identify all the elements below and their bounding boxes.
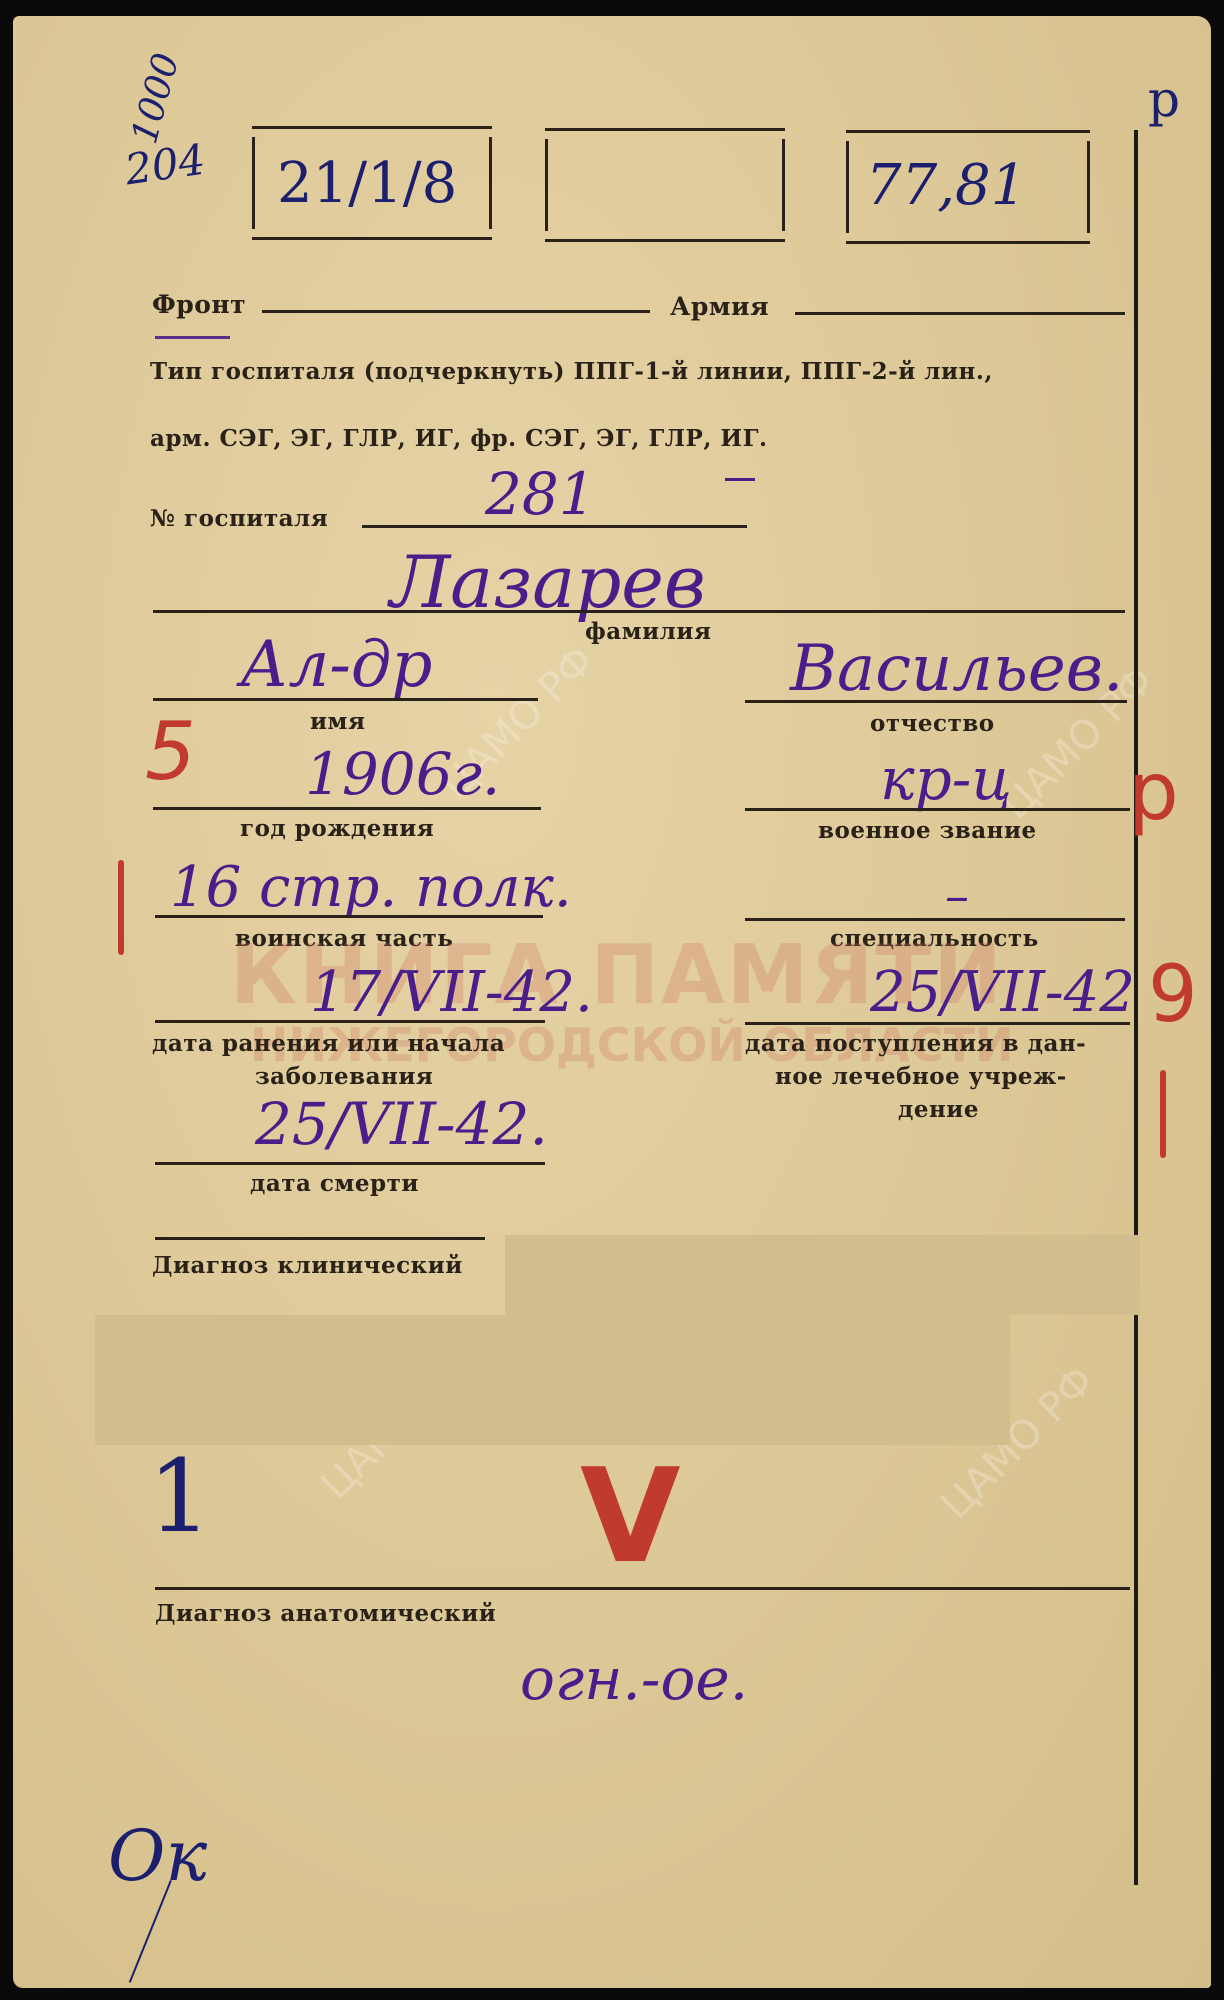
red-mark-p: р <box>1128 745 1179 838</box>
red-check-mark: V <box>580 1440 681 1592</box>
patronymic-label: отчество <box>870 710 995 737</box>
admission-date-label-3: дение <box>898 1096 979 1123</box>
wound-date-label-2: заболевания <box>255 1063 433 1090</box>
hospital-no-dash <box>725 478 755 481</box>
hospital-no-label: № госпиталя <box>150 505 328 532</box>
header-box-1-value: 21/1/8 <box>277 151 457 216</box>
redacted-clinical-diagnosis-block <box>95 1315 1010 1445</box>
rank-value: кр-ц <box>880 745 1012 813</box>
death-date-line <box>155 1162 545 1165</box>
death-date-label: дата смерти <box>250 1170 419 1197</box>
redacted-clinical-diagnosis <box>505 1235 1140 1315</box>
patronymic-line <box>745 700 1127 703</box>
name-value: Ал-др <box>240 628 432 702</box>
surname-line <box>153 610 1125 613</box>
name-label: имя <box>310 708 366 735</box>
red-mark-5: 5 <box>145 705 196 798</box>
patronymic-value: Васильев. <box>790 632 1123 706</box>
wound-date-label-1: дата ранения или начала <box>152 1030 505 1057</box>
birth-year-label: год рождения <box>240 815 434 842</box>
unit-line <box>155 915 543 918</box>
wound-date-value: 17/VII-42. <box>310 960 593 1025</box>
hospital-type-line-1: Тип госпиталя (подчеркнуть) ППГ-1-й лини… <box>150 358 993 385</box>
hospital-no-value: 281 <box>485 460 596 528</box>
birth-year-value: 1906г. <box>305 740 500 808</box>
clinical-dx-label: Диагноз клинический <box>152 1252 463 1279</box>
header-box-2 <box>545 128 785 242</box>
anatomical-dx-label: Диагноз анатомический <box>155 1600 496 1627</box>
rank-label: военное звание <box>818 817 1037 844</box>
blue-mark-1: 1 <box>148 1438 212 1555</box>
army-line <box>795 312 1125 315</box>
header-box-1: 21/1/8 <box>252 126 492 240</box>
birth-year-line <box>153 807 541 810</box>
header-box-3: 77,81 <box>846 130 1090 244</box>
admission-date-value: 25/VII-42 <box>870 960 1135 1025</box>
surname-label: фамилия <box>585 618 711 645</box>
unit-value: 16 стр. полк. <box>170 855 572 920</box>
front-line <box>262 310 650 313</box>
red-mark-9: 9 <box>1148 950 1198 1040</box>
specialty-line <box>745 918 1125 921</box>
corner-mark: р <box>1148 70 1180 128</box>
front-label: Фронт <box>152 290 246 319</box>
admission-date-label-2: ное лечебное учреж- <box>775 1063 1067 1090</box>
army-label: Армия <box>670 292 769 321</box>
name-line <box>153 698 538 701</box>
anatomical-dx-top-line <box>155 1587 1130 1590</box>
admission-date-line <box>745 1022 1130 1025</box>
rank-line <box>745 808 1130 811</box>
header-box-3-value: 77,81 <box>866 153 1026 218</box>
red-mark-1-right <box>1160 1070 1166 1158</box>
wound-date-line <box>155 1020 545 1023</box>
red-mark-1-left <box>118 860 124 955</box>
hospital-type-line-2: арм. СЭГ, ЭГ, ГЛР, ИГ, фр. СЭГ, ЭГ, ГЛР,… <box>150 425 767 452</box>
clinical-dx-top-line <box>155 1237 485 1240</box>
admission-date-label-1: дата поступления в дан- <box>745 1030 1086 1057</box>
signature: Ок <box>108 1815 207 1897</box>
death-date-value: 25/VII-42. <box>255 1090 548 1158</box>
front-underline-mark <box>155 336 230 339</box>
specialty-value: – <box>945 868 969 924</box>
anatomical-dx-value: огн.-ое. <box>520 1645 748 1713</box>
